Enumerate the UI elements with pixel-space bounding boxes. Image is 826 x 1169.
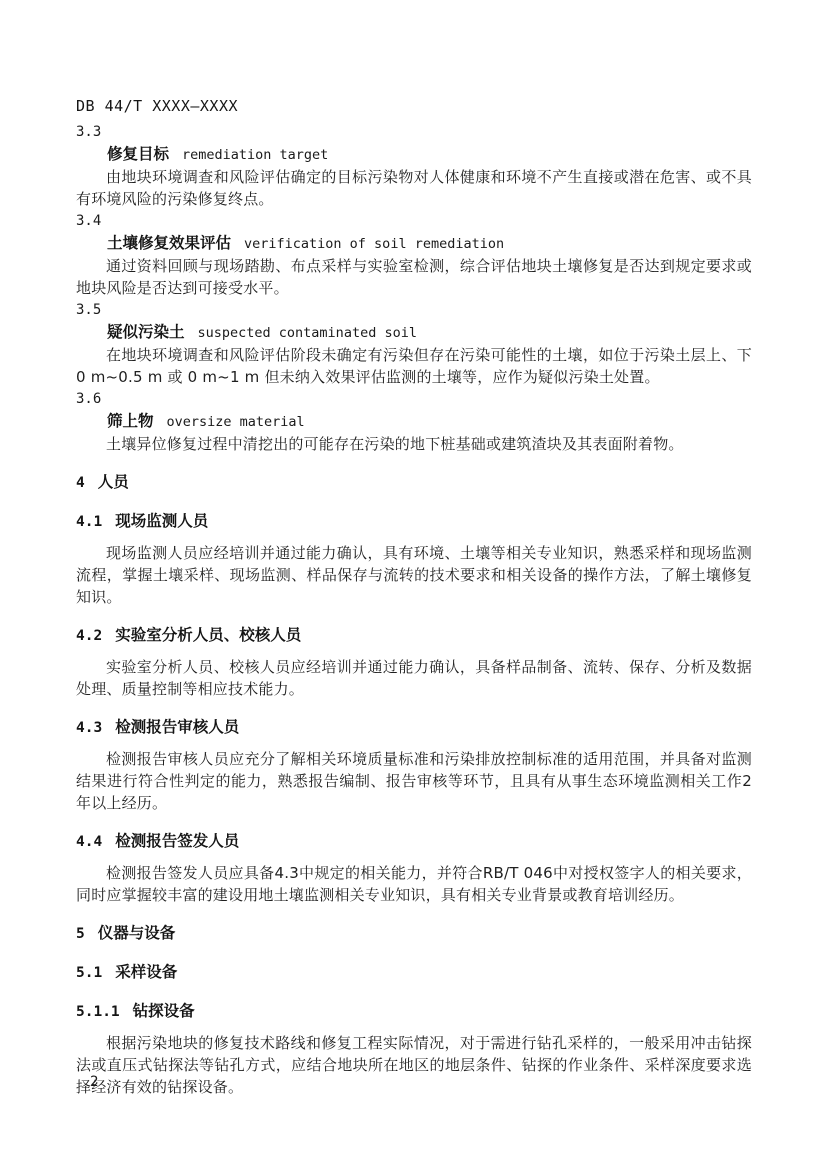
section-heading: 4人员 bbox=[76, 471, 752, 494]
term-title-zh: 土壤修复效果评估 bbox=[107, 234, 231, 252]
section-heading: 4.4检测报告签发人员 bbox=[76, 830, 752, 853]
section-title: 检测报告审核人员 bbox=[115, 718, 239, 736]
section-number: 4.3 bbox=[76, 720, 102, 736]
term-block: 3.6 筛上物oversize material 土壤异位修复过程中清挖出的可能… bbox=[76, 388, 752, 455]
section-number: 4 bbox=[76, 475, 85, 491]
section-number: 4.1 bbox=[76, 514, 102, 530]
section-paragraph: 检测报告签发人员应具备4.3中规定的相关能力，并符合RB/T 046中对授权签字… bbox=[76, 862, 752, 906]
section-number: 4.2 bbox=[76, 628, 102, 644]
section-title: 检测报告签发人员 bbox=[115, 832, 239, 850]
section-paragraph: 实验室分析人员、校核人员应经培训并通过能力确认，具备样品制备、流转、保存、分析及… bbox=[76, 656, 752, 700]
section-title: 采样设备 bbox=[115, 963, 177, 981]
term-title-en: suspected contaminated soil bbox=[198, 325, 417, 341]
term-title-zh: 筛上物 bbox=[107, 412, 154, 430]
term-title-en: remediation target bbox=[182, 147, 328, 163]
term-definition: 土壤异位修复过程中清挖出的可能存在污染的地下桩基础或建筑渣块及其表面附着物。 bbox=[76, 433, 752, 455]
document-page: DB 44/T XXXX—XXXX 3.3 修复目标remediation ta… bbox=[0, 0, 826, 1169]
section-heading: 4.2实验室分析人员、校核人员 bbox=[76, 624, 752, 647]
section-number: 5.1 bbox=[76, 965, 102, 981]
doc-code-header: DB 44/T XXXX—XXXX bbox=[76, 97, 238, 115]
section-heading: 5仪器与设备 bbox=[76, 922, 752, 945]
section-heading: 5.1采样设备 bbox=[76, 961, 752, 984]
section-heading: 4.3检测报告审核人员 bbox=[76, 716, 752, 739]
term-title-en: verification of soil remediation bbox=[244, 236, 504, 252]
term-title-line: 修复目标remediation target bbox=[76, 143, 752, 166]
term-block: 3.4 土壤修复效果评估verification of soil remedia… bbox=[76, 210, 752, 299]
clause-number: 3.5 bbox=[76, 299, 752, 321]
term-block: 3.5 疑似污染土suspected contaminated soil 在地块… bbox=[76, 299, 752, 388]
section-number: 5.1.1 bbox=[76, 1004, 120, 1020]
clause-number: 3.3 bbox=[76, 121, 752, 143]
section-title: 钻探设备 bbox=[133, 1002, 195, 1020]
section-number: 5 bbox=[76, 926, 85, 942]
section-paragraph: 现场监测人员应经培训并通过能力确认，具有环境、土壤等相关专业知识，熟悉采样和现场… bbox=[76, 542, 752, 608]
document-content: 3.3 修复目标remediation target 由地块环境调查和风险评估确… bbox=[76, 121, 752, 1098]
term-title-en: oversize material bbox=[167, 414, 305, 430]
section-heading: 5.1.1钻探设备 bbox=[76, 1000, 752, 1023]
section-number: 4.4 bbox=[76, 834, 102, 850]
term-title-line: 筛上物oversize material bbox=[76, 410, 752, 433]
term-title-zh: 疑似污染土 bbox=[107, 323, 185, 341]
section-title: 实验室分析人员、校核人员 bbox=[115, 626, 301, 644]
term-definition: 通过资料回顾与现场踏勘、布点采样与实验室检测，综合评估地块土壤修复是否达到规定要… bbox=[76, 255, 752, 299]
section-title: 人员 bbox=[98, 473, 129, 491]
section-title: 现场监测人员 bbox=[115, 512, 208, 530]
section-title: 仪器与设备 bbox=[98, 924, 176, 942]
term-title-zh: 修复目标 bbox=[107, 145, 169, 163]
term-title-line: 土壤修复效果评估verification of soil remediation bbox=[76, 232, 752, 255]
term-definition: 由地块环境调查和风险评估确定的目标污染物对人体健康和环境不产生直接或潜在危害、或… bbox=[76, 166, 752, 210]
page-number: 2 bbox=[90, 1074, 98, 1090]
term-block: 3.3 修复目标remediation target 由地块环境调查和风险评估确… bbox=[76, 121, 752, 210]
clause-number: 3.6 bbox=[76, 388, 752, 410]
term-title-line: 疑似污染土suspected contaminated soil bbox=[76, 321, 752, 344]
clause-number: 3.4 bbox=[76, 210, 752, 232]
section-paragraph: 检测报告审核人员应充分了解相关环境质量标准和污染排放控制标准的适用范围，并具备对… bbox=[76, 748, 752, 814]
section-heading: 4.1现场监测人员 bbox=[76, 510, 752, 533]
term-definition: 在地块环境调查和风险评估阶段未确定有污染但存在污染可能性的土壤，如位于污染土层上… bbox=[76, 344, 752, 388]
section-paragraph: 根据污染地块的修复技术路线和修复工程实际情况，对于需进行钻孔采样的，一般采用冲击… bbox=[76, 1032, 752, 1098]
